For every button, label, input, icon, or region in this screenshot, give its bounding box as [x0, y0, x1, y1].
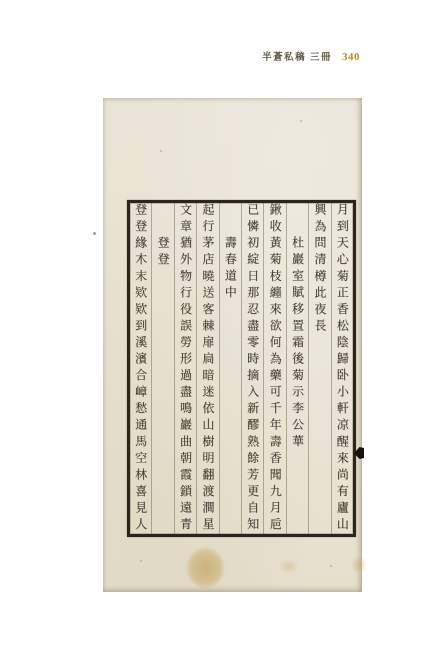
poem-text-column: 起行茅店曉送客棘扉扃暗迷依山樹明翻渡澗星 [196, 203, 218, 534]
paper-speck [300, 120, 302, 122]
paper-speck [160, 150, 162, 152]
page-number: 340 [342, 51, 360, 63]
paper-stain [351, 556, 367, 574]
column-text: 已憐初綻日那忍盡零時摘入新醪熟餘芳更自知 [243, 203, 263, 534]
paper-stain [186, 547, 225, 589]
paper-speck [330, 565, 332, 567]
poem-text-column: 登登緣木末欵欵到溪濱合嶂愁通馬空林喜見人 [130, 203, 151, 534]
column-text: 興為問清樽此夜長 [310, 203, 330, 534]
poem-text-column: 興為問清樽此夜長 [308, 203, 330, 534]
poem-title-column: 登登 [151, 203, 173, 534]
column-text: 鍬收黃菊枝纏來欲何為藥可千年壽香聞九月巵 [265, 203, 285, 534]
text-frame: 月到天心菊正香松陰歸卧小軒凉醒來尚有廬山興為問清樽此夜長杜巖室賦移置霜後菊示李公… [127, 200, 356, 537]
manuscript-paper: 月到天心菊正香松陰歸卧小軒凉醒來尚有廬山興為問清樽此夜長杜巖室賦移置霜後菊示李公… [103, 98, 362, 592]
book-title: 半蒼私稿 三冊 [262, 49, 332, 63]
column-text: 壽春道中 [220, 203, 240, 534]
column-text: 文章猶外物行役誤勞形過盡鳴巖曲朝霞鎖遠青 [175, 203, 195, 534]
column-text: 登登緣木末欵欵到溪濱合嶂愁通馬空林喜見人 [131, 203, 151, 534]
poem-text-column: 文章猶外物行役誤勞形過盡鳴巖曲朝霞鎖遠青 [174, 203, 196, 534]
column-text: 月到天心菊正香松陰歸卧小軒凉醒來尚有廬山 [332, 203, 352, 534]
column-text: 杜巖室賦移置霜後菊示李公華 [287, 203, 307, 534]
poem-text-column: 已憐初綻日那忍盡零時摘入新醪熟餘芳更自知 [241, 203, 263, 534]
column-text: 起行茅店曉送客棘扉扃暗迷依山樹明翻渡澗星 [198, 203, 218, 534]
page-background: { "header": { "title": "半蒼私稿 三冊", "page_… [0, 0, 446, 653]
paper-stain [279, 559, 299, 574]
poem-text-column: 月到天心菊正香松陰歸卧小軒凉醒來尚有廬山 [331, 203, 353, 534]
poem-title-column: 壽春道中 [219, 203, 241, 534]
paper-speck [140, 560, 142, 562]
column-text: 登登 [153, 203, 173, 534]
poem-text-column: 鍬收黃菊枝纏來欲何為藥可千年壽香聞九月巵 [263, 203, 285, 534]
poem-title-column: 杜巖室賦移置霜後菊示李公華 [286, 203, 308, 534]
running-header: 半蒼私稿 三冊 340 [262, 49, 360, 63]
paper-speck [93, 232, 96, 235]
